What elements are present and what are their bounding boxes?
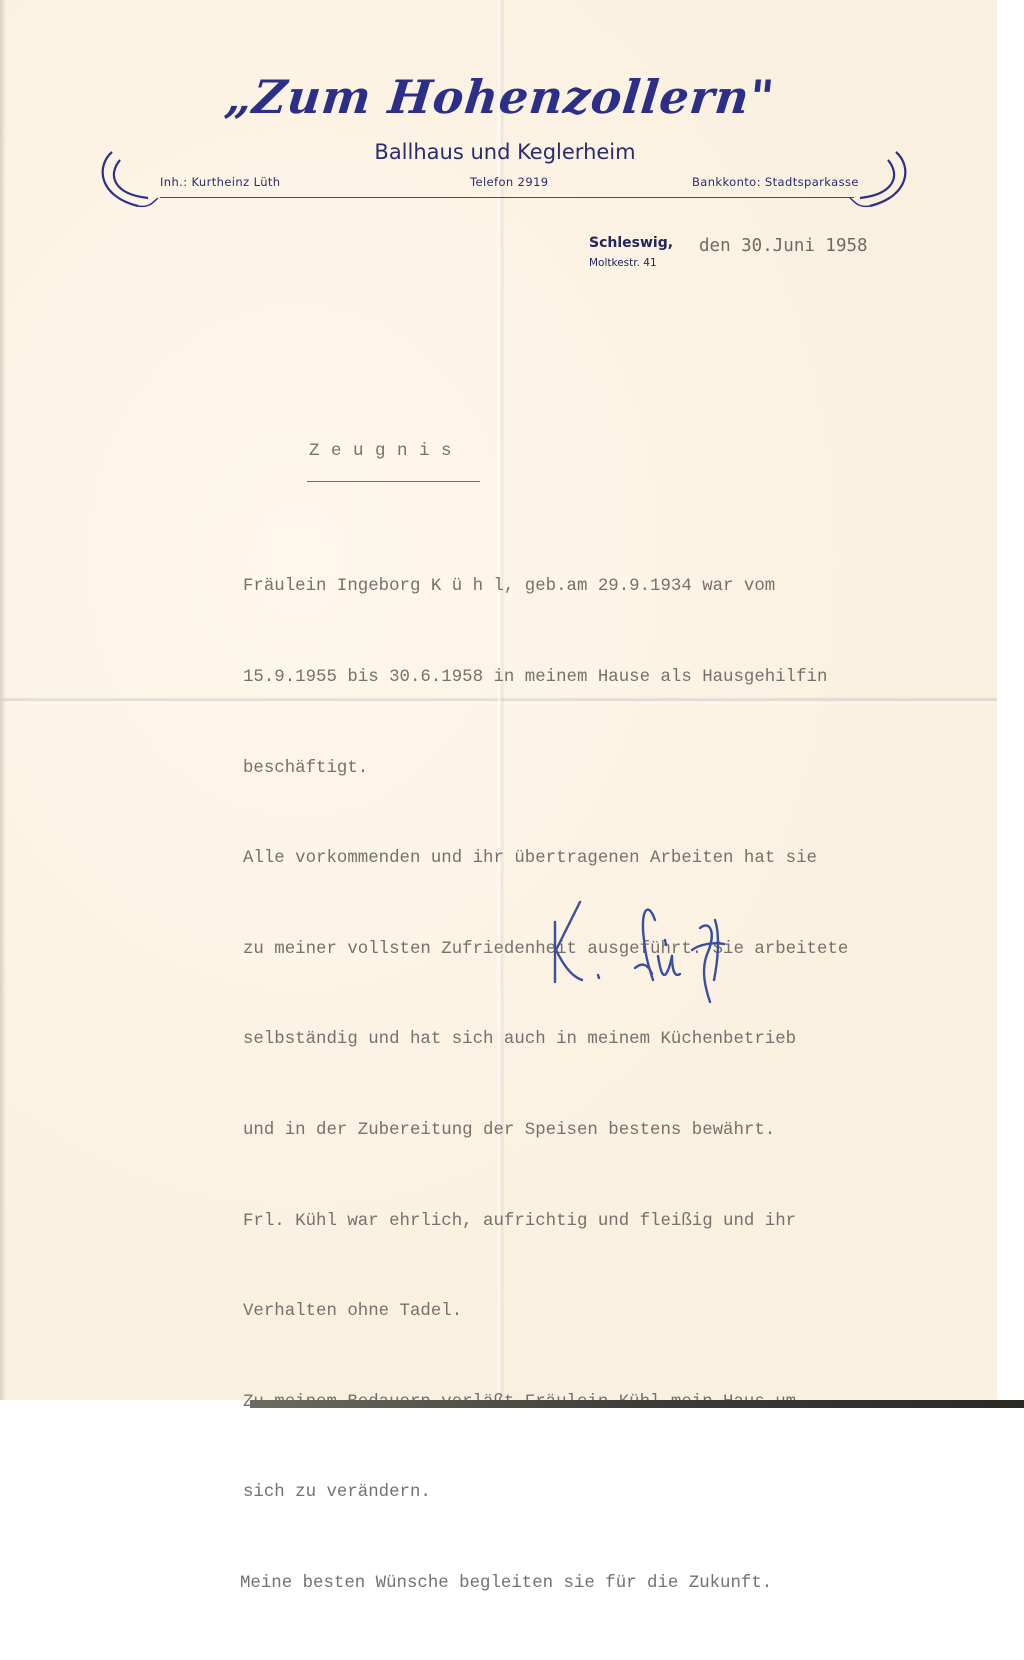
business-name: „Zum Hohenzollern" <box>0 70 1003 124</box>
body-line: Verhalten ohne Tadel. <box>243 1297 848 1327</box>
heading-underline <box>307 481 480 482</box>
scanner-edge <box>250 1400 1024 1408</box>
document-heading: Zeugnis <box>309 441 463 461</box>
page-edge-shadow <box>0 0 6 1400</box>
body-line: 15.9.1955 bis 30.6.1958 in meinem Hause … <box>243 663 848 693</box>
phone-number: Telefon 2919 <box>470 175 549 189</box>
body-line: Fräulein Ingeborg K ü h l, geb.am 29.9.1… <box>243 572 848 602</box>
body-line: und in der Zubereitung der Speisen beste… <box>243 1116 848 1146</box>
bank-account: Bankkonto: Stadtsparkasse <box>692 175 859 189</box>
owner-name: Inh.: Kurtheinz Lüth <box>160 175 280 189</box>
left-ornament-icon <box>98 148 168 218</box>
body-line: selbständig und hat sich auch in meinem … <box>243 1025 848 1055</box>
body-line: Alle vorkommenden und ihr übertragenen A… <box>243 844 848 874</box>
letter-date: den 30.Juni 1958 <box>699 236 868 256</box>
letter-page: „Zum Hohenzollern" Ballhaus und Keglerhe… <box>0 0 997 1400</box>
street-address: Moltkestr. 41 <box>589 257 657 269</box>
place: Schleswig, <box>589 235 673 251</box>
letterhead-rule <box>160 197 854 198</box>
signature-icon <box>540 890 740 1010</box>
body-line: beschäftigt. <box>243 754 848 784</box>
body-line: Frl. Kühl war ehrlich, aufrichtig und fl… <box>243 1207 848 1237</box>
